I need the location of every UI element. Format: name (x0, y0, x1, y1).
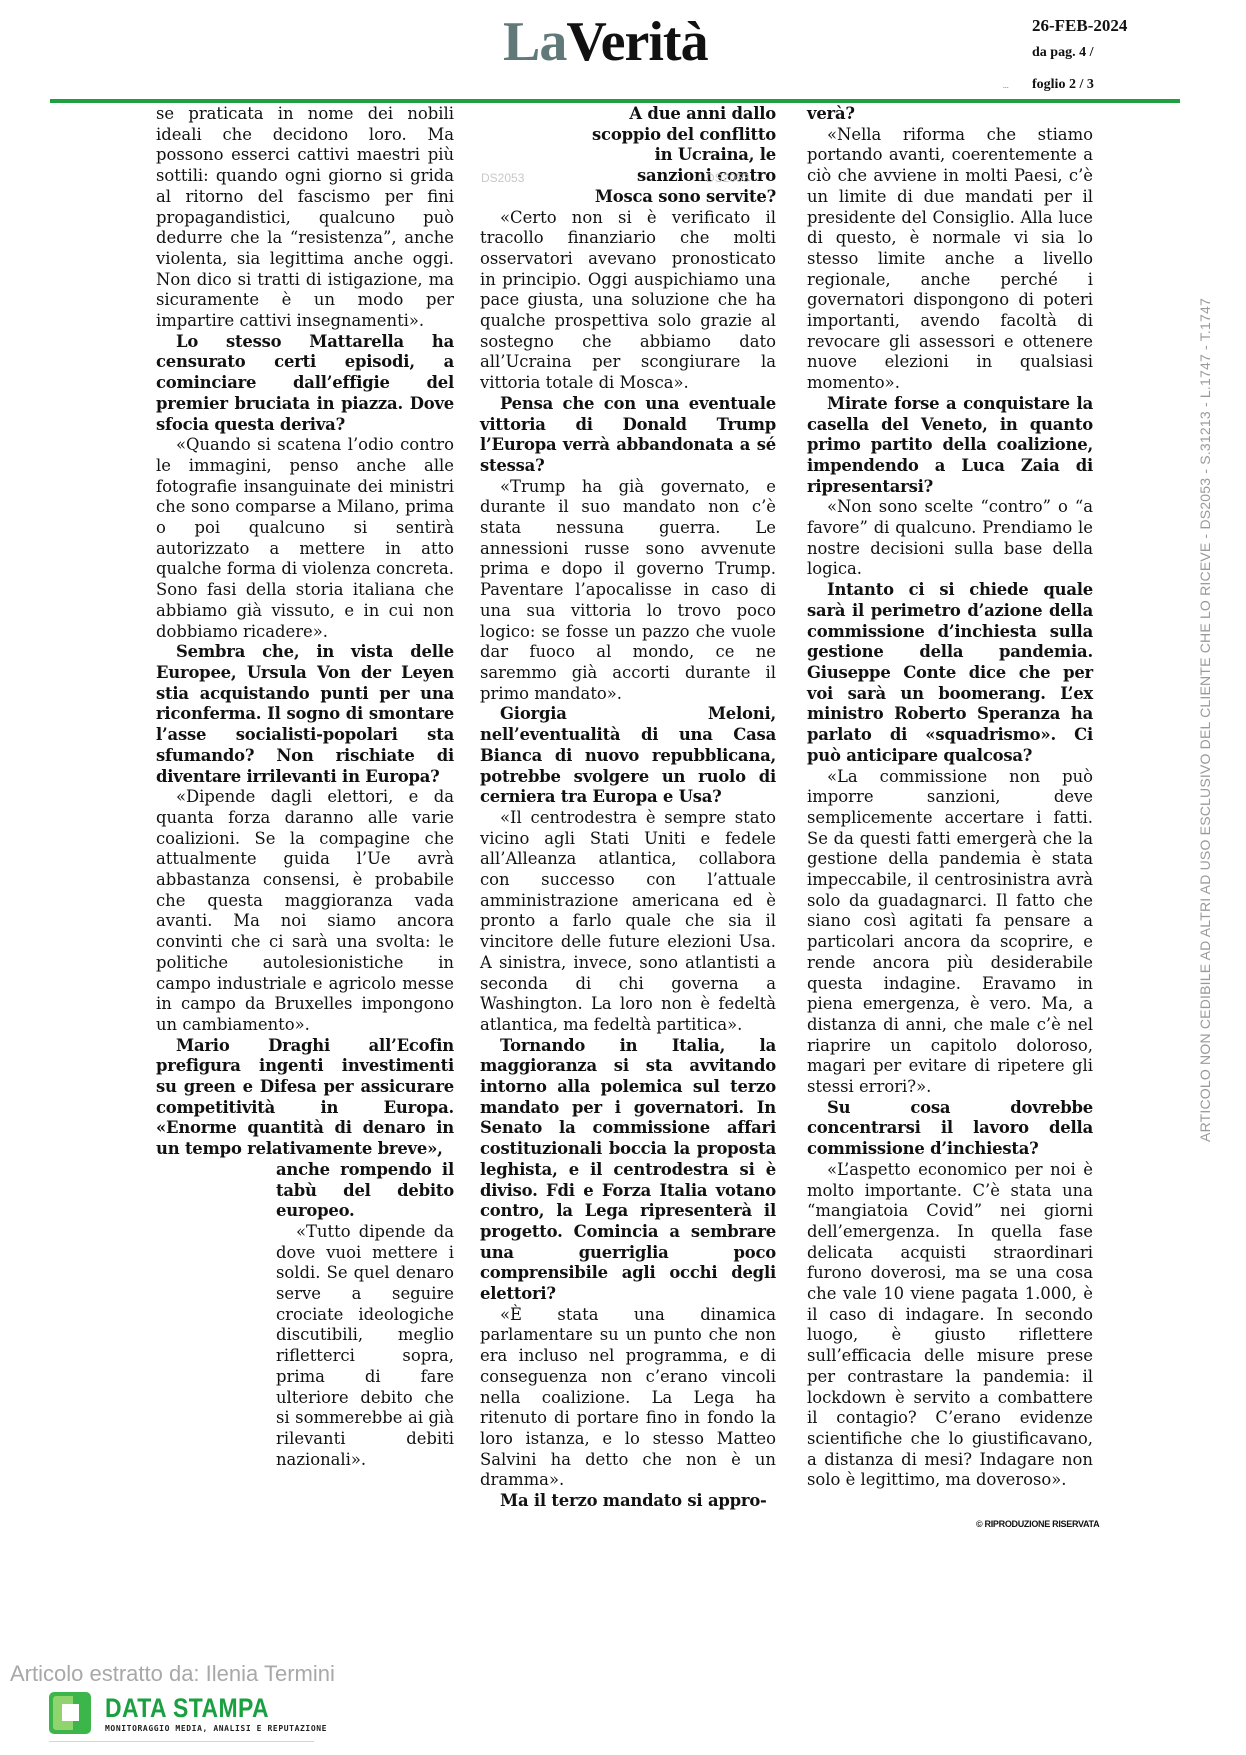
question-paragraph: Mario Draghi all’Ecofin prefigura ingent… (156, 1036, 454, 1160)
copyright-notice: © RIPRODUZIONE RISERVATA (976, 1519, 1099, 1529)
newspaper-masthead: LaVerità (503, 12, 708, 72)
ds-watermark-left: DS2053 (481, 171, 524, 185)
logo-name: DATA STAMPA (105, 1694, 294, 1722)
data-stampa-logo: DATA STAMPA MONITORAGGIO MEDIA, ANALISI … (49, 1692, 327, 1734)
question-paragraph-indented: anche rompendo il tabù del debito europe… (276, 1160, 454, 1222)
vertical-license-note: ARTICOLO NON CEDIBILE AD ALTRI AD USO ES… (1197, 298, 1213, 1142)
question-continuation: verà? (807, 104, 1093, 125)
sheet-reference: foglio 2 / 3 (1032, 77, 1094, 93)
masthead-la: La (503, 11, 566, 73)
answer-paragraph: «Quando si scatena l’odio contro le imma… (156, 435, 454, 642)
question-paragraph: Ma il terzo mandato si appro- (480, 1491, 776, 1512)
logo-underline-divider (49, 1741, 314, 1742)
answer-paragraph: «Trump ha già governato, e durante il su… (480, 477, 776, 705)
answer-paragraph: «È stata una dinamica parlamentare su un… (480, 1305, 776, 1491)
question-paragraph: Giorgia Meloni, nell’eventualità di una … (480, 704, 776, 808)
extracted-by-label: Articolo estratto da: Ilenia Termini (10, 1661, 335, 1687)
logo-tagline: MONITORAGGIO MEDIA, ANALISI E REPUTAZION… (105, 1724, 327, 1733)
answer-paragraph: «La commissione non può imporre sanzioni… (807, 767, 1093, 1098)
question-paragraph: Su cosa dovrebbe concentrarsi il lavoro … (807, 1098, 1093, 1160)
answer-paragraph: «Non sono scelte “contro” o “a favore” d… (807, 497, 1093, 580)
data-stampa-logo-icon (49, 1692, 91, 1734)
page-reference: da pag. 4 / (1032, 45, 1093, 61)
answer-paragraph: «Nella riforma che stiamo portando avant… (807, 125, 1093, 394)
question-paragraph: Sembra che, in vista delle Europee, Ursu… (156, 642, 454, 787)
question-paragraph: A due anni dallo scoppio del conflitto i… (480, 104, 776, 208)
question-paragraph: Pensa che con una eventuale vittoria di … (480, 394, 776, 477)
article-column-3: verà? «Nella riforma che stiamo portando… (807, 104, 1093, 1491)
answer-paragraph: se praticata in nome dei nobili ideali c… (156, 104, 454, 332)
question-paragraph: Mirate forse a conquistare la casella de… (807, 394, 1093, 498)
answer-paragraph: «L’aspetto economico per noi è molto imp… (807, 1160, 1093, 1491)
ds-watermark-right: DS2053 (706, 171, 749, 185)
masthead-verita: Verità (566, 11, 707, 73)
question-paragraph: Tornando in Italia, la maggioranza si st… (480, 1036, 776, 1305)
answer-paragraph-indented: «Tutto dipende da dove vuoi mettere i so… (276, 1222, 454, 1470)
header-rule-divider (50, 99, 1180, 103)
publication-date: 26-FEB-2024 (1032, 16, 1127, 36)
question-paragraph: Intanto ci si chiede quale sarà il perim… (807, 580, 1093, 766)
answer-paragraph: «Il centrodestra è sempre stato vicino a… (480, 808, 776, 1036)
answer-paragraph: «Certo non si è verificato il tracollo f… (480, 208, 776, 394)
small-mark: ... (1003, 83, 1009, 90)
question-paragraph: Lo stesso Mattarella ha censurato certi … (156, 332, 454, 436)
article-column-1: se praticata in nome dei nobili ideali c… (156, 104, 454, 1470)
answer-paragraph: «Dipende dagli elettori, e da quanta for… (156, 787, 454, 1035)
article-column-2: A due anni dallo scoppio del conflitto i… (480, 104, 776, 1512)
